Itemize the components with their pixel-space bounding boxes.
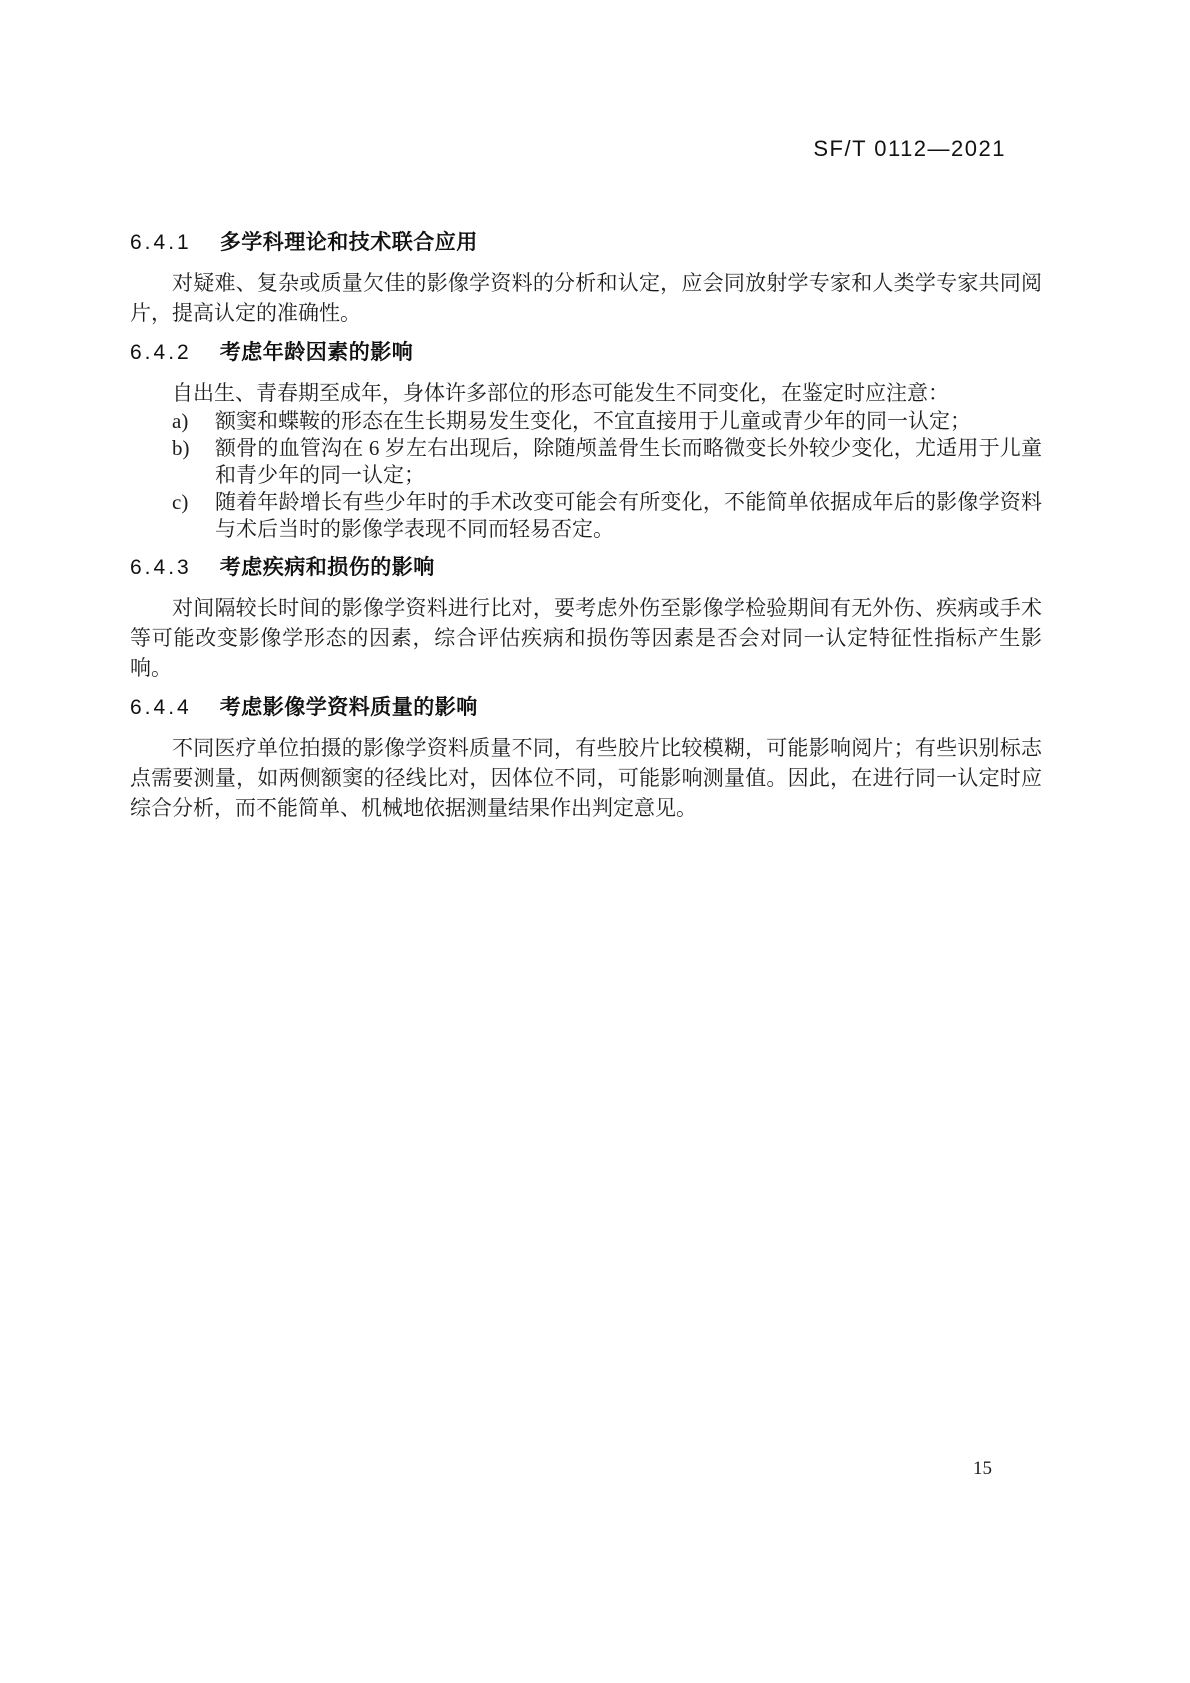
paragraph: 自出生、青春期至成年，身体许多部位的形态可能发生不同变化，在鉴定时应注意：	[130, 378, 1042, 408]
paragraph: 对疑难、复杂或质量欠佳的影像学资料的分析和认定，应会同放射学专家和人类学专家共同…	[130, 268, 1042, 328]
section-number: 6.4.4	[130, 695, 192, 721]
section-6-4-3: 6.4.3 考虑疾病和损伤的影响 对间隔较长时间的影像学资料进行比对，要考虑外伤…	[130, 555, 1042, 683]
list-marker: a)	[172, 408, 188, 435]
list-item-text: 额骨的血管沟在 6 岁左右出现后，除随颅盖骨生长而略微变长外较少变化，尤适用于儿…	[215, 436, 1042, 487]
doc-code: SF/T 0112—2021	[813, 136, 1006, 162]
page-content: 6.4.1 多学科理论和技术联合应用 对疑难、复杂或质量欠佳的影像学资料的分析和…	[130, 230, 1042, 823]
section-heading: 6.4.2 考虑年龄因素的影响	[130, 340, 1042, 366]
paragraph: 不同医疗单位拍摄的影像学资料质量不同，有些胶片比较模糊，可能影响阅片；有些识别标…	[130, 733, 1042, 823]
list-marker: c)	[172, 489, 188, 516]
list-item-b: b) 额骨的血管沟在 6 岁左右出现后，除随颅盖骨生长而略微变长外较少变化，尤适…	[130, 435, 1042, 489]
section-number: 6.4.3	[130, 555, 192, 581]
section-6-4-1: 6.4.1 多学科理论和技术联合应用 对疑难、复杂或质量欠佳的影像学资料的分析和…	[130, 230, 1042, 328]
section-heading: 6.4.3 考虑疾病和损伤的影响	[130, 555, 1042, 581]
list-marker: b)	[172, 435, 190, 462]
section-number: 6.4.2	[130, 340, 192, 366]
paragraph: 对间隔较长时间的影像学资料进行比对，要考虑外伤至影像学检验期间有无外伤、疾病或手…	[130, 593, 1042, 683]
list-item-c: c) 随着年龄增长有些少年时的手术改变可能会有所变化，不能简单依据成年后的影像学…	[130, 489, 1042, 543]
list-item-text: 额窦和蝶鞍的形态在生长期易发生变化，不宜直接用于儿童或青少年的同一认定；	[215, 409, 971, 433]
section-number: 6.4.1	[130, 230, 192, 256]
section-title: 多学科理论和技术联合应用	[220, 230, 478, 256]
section-title: 考虑影像学资料质量的影响	[220, 695, 478, 721]
section-heading: 6.4.1 多学科理论和技术联合应用	[130, 230, 1042, 256]
page-number: 15	[973, 1458, 992, 1480]
document-page: SF/T 0112—2021 6.4.1 多学科理论和技术联合应用 对疑难、复杂…	[0, 0, 1190, 1683]
lettered-list: a) 额窦和蝶鞍的形态在生长期易发生变化，不宜直接用于儿童或青少年的同一认定； …	[130, 408, 1042, 543]
section-title: 考虑疾病和损伤的影响	[220, 555, 435, 581]
section-heading: 6.4.4 考虑影像学资料质量的影响	[130, 695, 1042, 721]
list-item-text: 随着年龄增长有些少年时的手术改变可能会有所变化，不能简单依据成年后的影像学资料与…	[215, 490, 1042, 541]
section-title: 考虑年龄因素的影响	[220, 340, 414, 366]
section-6-4-2: 6.4.2 考虑年龄因素的影响 自出生、青春期至成年，身体许多部位的形态可能发生…	[130, 340, 1042, 543]
section-6-4-4: 6.4.4 考虑影像学资料质量的影响 不同医疗单位拍摄的影像学资料质量不同，有些…	[130, 695, 1042, 823]
list-item-a: a) 额窦和蝶鞍的形态在生长期易发生变化，不宜直接用于儿童或青少年的同一认定；	[130, 408, 1042, 435]
